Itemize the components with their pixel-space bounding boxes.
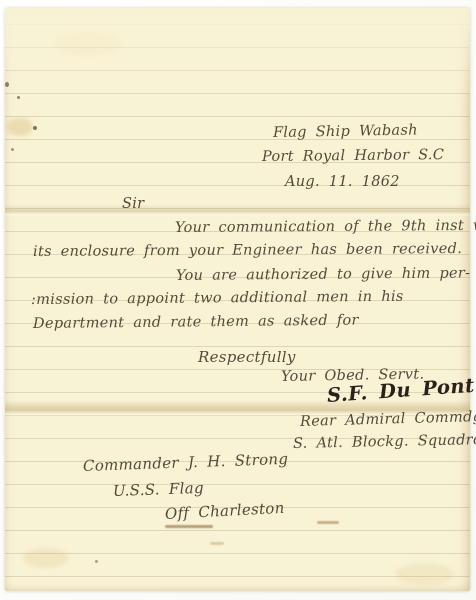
fold-crease-upper [5, 204, 470, 217]
letterhead-date-line: Aug. 11. 1862 [285, 174, 400, 190]
ink-smudge [317, 521, 339, 524]
signature-rank-line: Rear Admiral Commdg [300, 409, 476, 430]
ink-speck [33, 126, 37, 130]
ink-speck [11, 148, 14, 151]
paper-sheet: Flag Ship Wabash Port Royal Harbor S.C A… [5, 8, 470, 591]
closing-respectfully: Respectfully [198, 348, 296, 366]
letterhead-place-line: Port Royal Harbor S.C [262, 147, 444, 165]
signature-squadron-line: S. Atl. Blockg. Squadron [293, 432, 476, 452]
paper-stain [23, 548, 69, 568]
scanned-letter-page: Flag Ship Wabash Port Royal Harbor S.C A… [0, 0, 476, 600]
paper-stain [7, 118, 33, 136]
body-line-3: You are authorized to give him per- [176, 265, 470, 284]
body-line-1: Your communication of the 9th inst with [175, 218, 476, 236]
ink-smudge [165, 525, 213, 528]
ink-smudge [210, 542, 224, 545]
ink-speck [95, 560, 98, 563]
paper-stain [53, 30, 123, 56]
ink-speck [5, 82, 9, 87]
letterhead-ship-line: Flag Ship Wabash [273, 122, 418, 141]
addressee-ship-line: U.S.S. Flag [113, 479, 204, 500]
ink-speck [17, 96, 20, 99]
addressee-name-line: Commander J. H. Strong [83, 450, 289, 475]
salutation: Sir [122, 196, 144, 212]
paper-stain [395, 563, 455, 585]
body-line-5: Department and rate them as asked for [33, 313, 359, 332]
body-line-4: :mission to appoint two additional men i… [31, 289, 404, 308]
addressee-station-line: Off Charleston [165, 499, 285, 523]
body-line-2: its enclosure from your Engineer has bee… [33, 241, 462, 260]
